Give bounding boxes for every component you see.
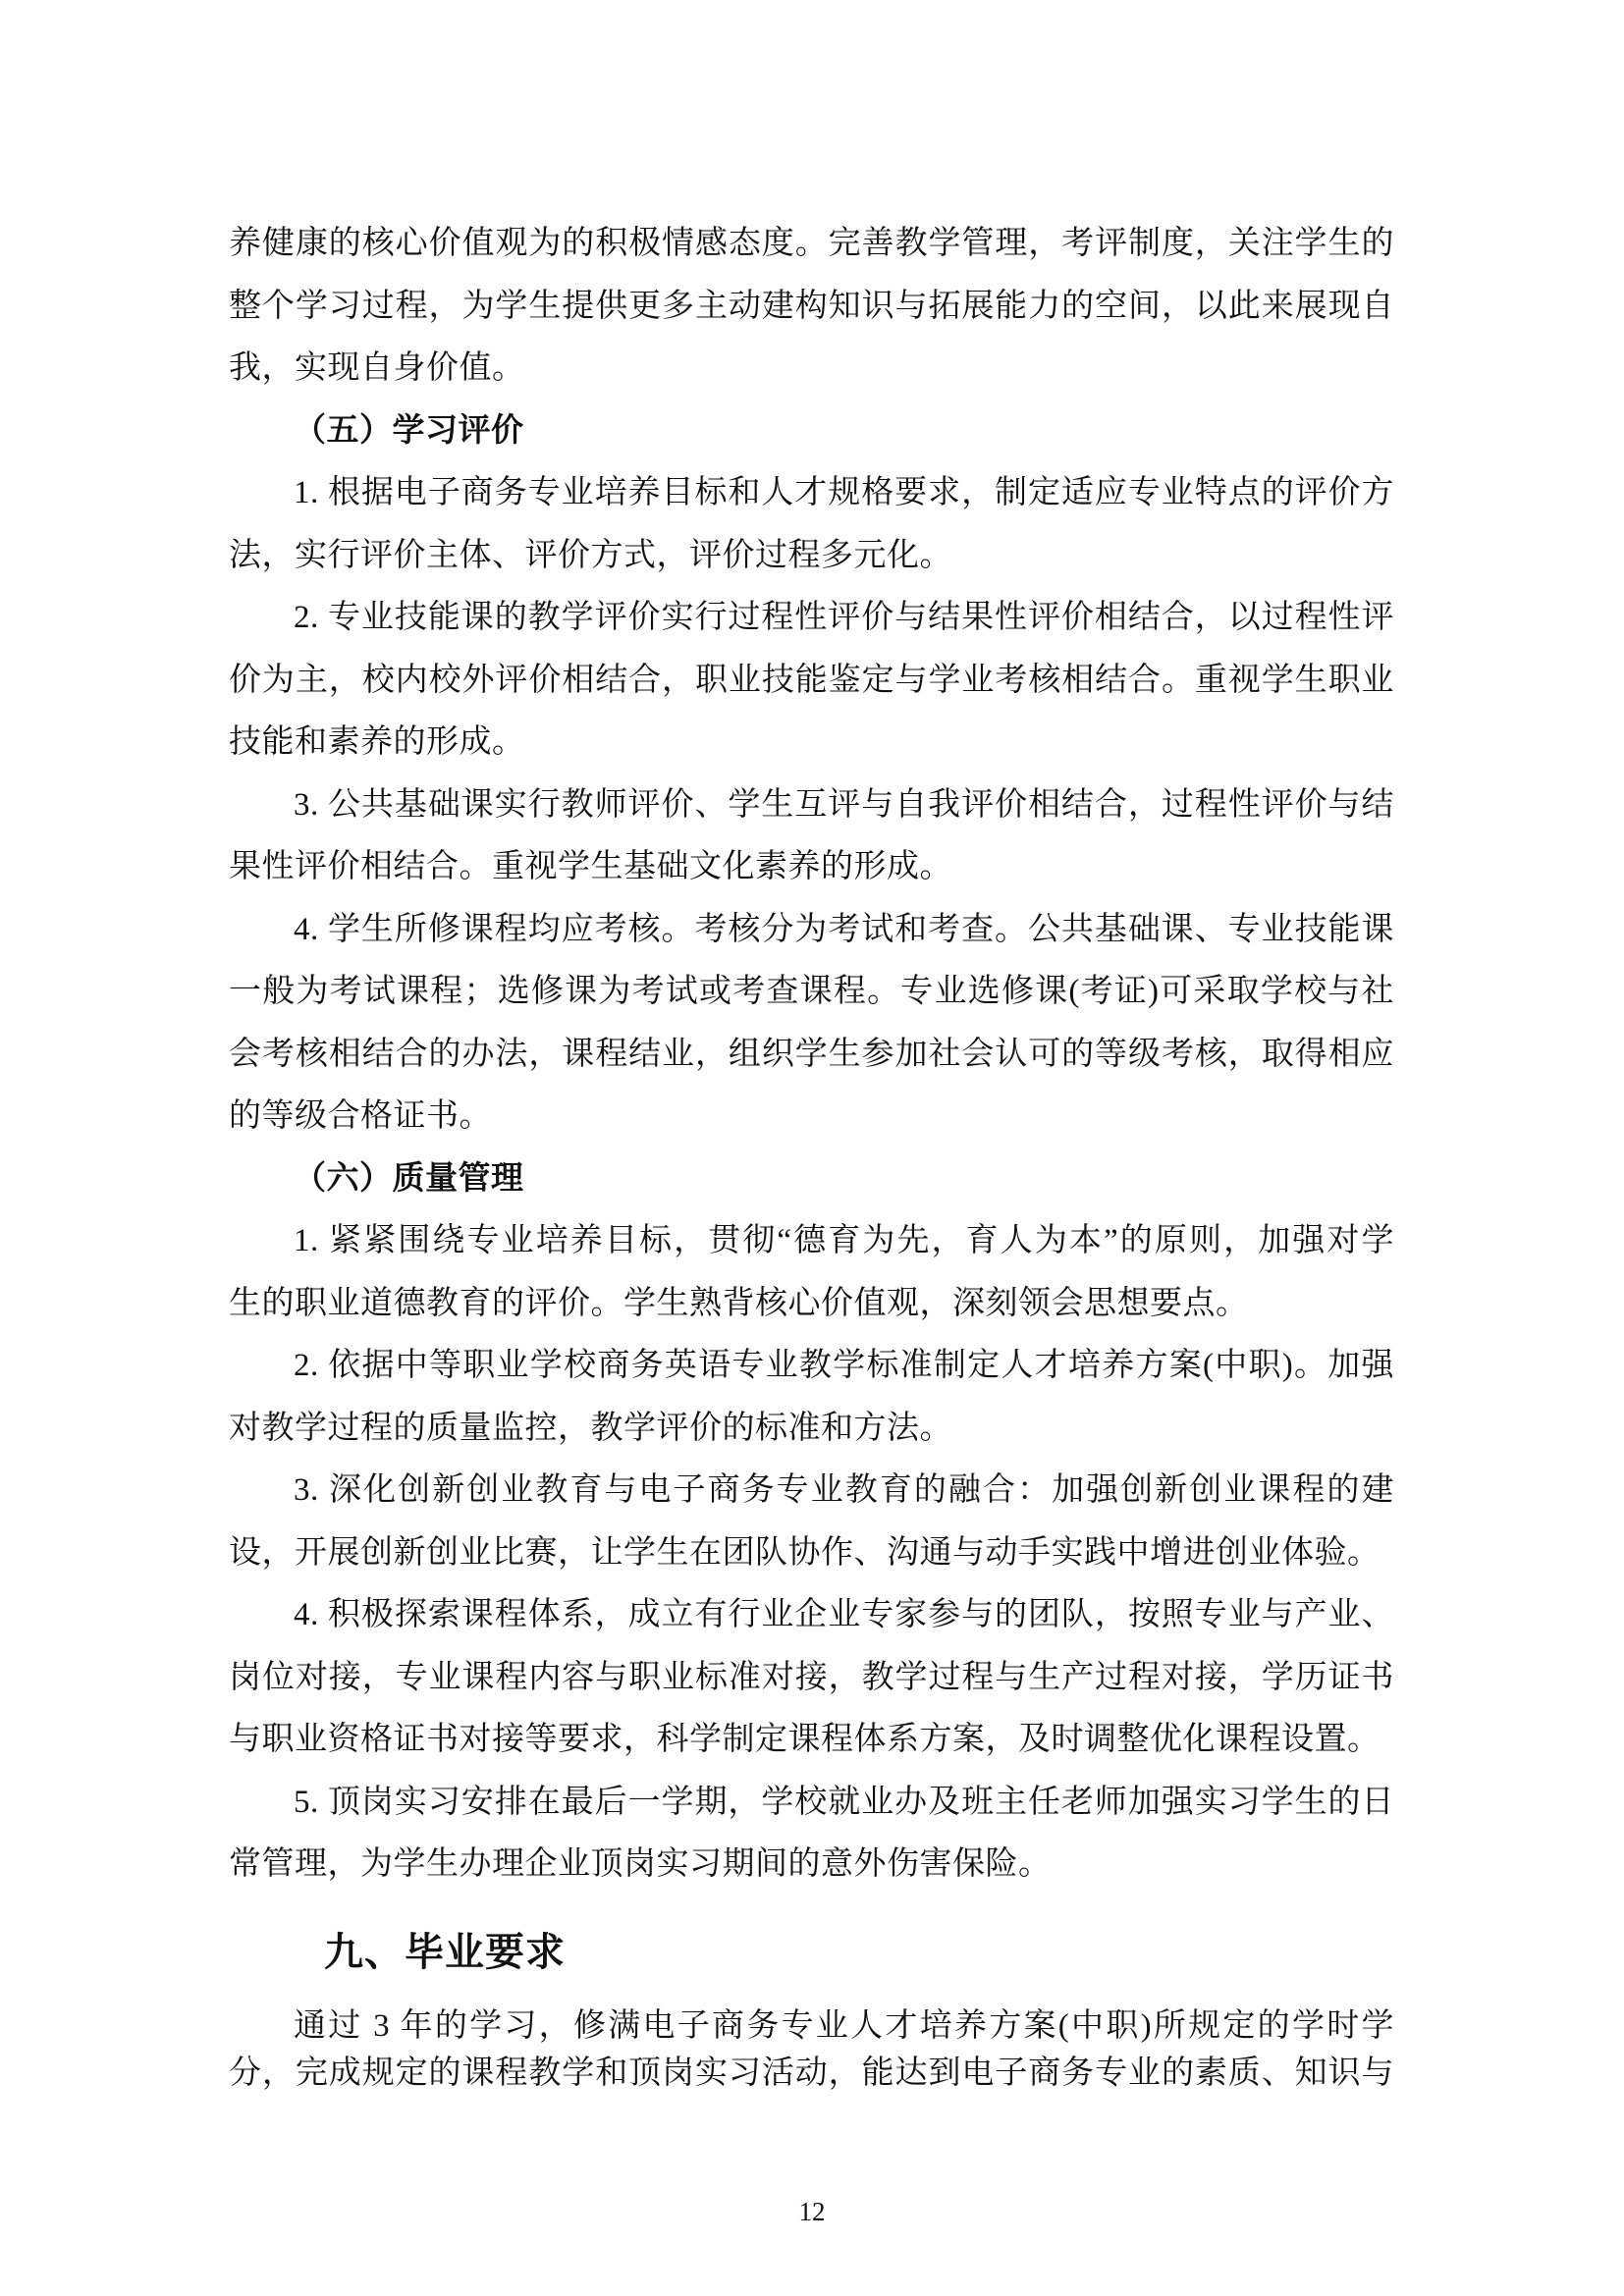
text-line: 3. 公共基础课实行教师评价、学生互评与自我评价相结合，过程性评价与结 <box>229 774 1394 837</box>
text-line: 一般为考试课程；选修课为考试或考查课程。专业选修课(考证)可采取学校与社 <box>229 961 1394 1024</box>
text-line: 与职业资格证书对接等要求，科学制定课程体系方案，及时调整优化课程设置。 <box>229 1709 1394 1772</box>
text-line: 通过 3 年的学习，修满电子商务专业人才培养方案(中职)所规定的学时学 <box>229 2002 1394 2050</box>
text-line: 岗位对接，专业课程内容与职业标准对接，教学过程与生产过程对接，学历证书 <box>229 1647 1394 1710</box>
text-line: 对教学过程的质量监控，教学评价的标准和方法。 <box>229 1398 1394 1461</box>
page-number: 12 <box>0 2197 1624 2227</box>
text-line: 我，实现自身价值。 <box>229 338 1394 400</box>
text-line: 分，完成规定的课程教学和顶岗实习活动，能达到电子商务专业的素质、知识与 <box>229 2050 1394 2097</box>
text-line: 1. 根据电子商务专业培养目标和人才规格要求，制定适应专业特点的评价方 <box>229 462 1394 525</box>
text-line: 生的职业道德教育的评价。学生熟背核心价值观，深刻领会思想要点。 <box>229 1273 1394 1336</box>
document-text: 养健康的核心价值观为的积极情感态度。完善教学管理，考评制度，关注学生的 整个学习… <box>229 213 1394 2097</box>
text-line: 1. 紧紧围绕专业培养目标，贯彻“德育为先，育人为本”的原则，加强对学 <box>229 1210 1394 1273</box>
text-line: 4. 积极探索课程体系，成立有行业企业专家参与的团队，按照专业与产业、 <box>229 1584 1394 1647</box>
text-line: 养健康的核心价值观为的积极情感态度。完善教学管理，考评制度，关注学生的 <box>229 213 1394 276</box>
text-line: 2. 专业技能课的教学评价实行过程性评价与结果性评价相结合，以过程性评 <box>229 587 1394 650</box>
text-line: 的等级合格证书。 <box>229 1086 1394 1148</box>
text-line: 价为主，校内校外评价相结合，职业技能鉴定与学业考核相结合。重视学生职业 <box>229 650 1394 713</box>
section-heading-6: （六）质量管理 <box>229 1148 1394 1211</box>
text-line: 2. 依据中等职业学校商务英语专业教学标准制定人才培养方案(中职)。加强 <box>229 1335 1394 1398</box>
text-line: 设，开展创新创业比赛，让学生在团队协作、沟通与动手实践中增进创业体验。 <box>229 1522 1394 1585</box>
chapter-heading-9: 九、毕业要求 <box>229 1912 1394 1993</box>
text-line: 会考核相结合的办法，课程结业，组织学生参加社会认可的等级考核，取得相应 <box>229 1024 1394 1087</box>
page: 养健康的核心价值观为的积极情感态度。完善教学管理，考评制度，关注学生的 整个学习… <box>0 0 1624 2296</box>
text-line: 技能和素养的形成。 <box>229 712 1394 774</box>
text-line: 5. 顶岗实习安排在最后一学期，学校就业办及班主任老师加强实习学生的日 <box>229 1772 1394 1835</box>
text-line: 法，实行评价主体、评价方式，评价过程多元化。 <box>229 525 1394 588</box>
text-line: 常管理，为学生办理企业顶岗实习期间的意外伤害保险。 <box>229 1834 1394 1896</box>
text-line: 3. 深化创新创业教育与电子商务专业教育的融合：加强创新创业课程的建 <box>229 1460 1394 1522</box>
text-line: 果性评价相结合。重视学生基础文化素养的形成。 <box>229 836 1394 899</box>
text-line: 4. 学生所修课程均应考核。考核分为考试和考查。公共基础课、专业技能课 <box>229 899 1394 962</box>
text-line: 整个学习过程，为学生提供更多主动建构知识与拓展能力的空间，以此来展现自 <box>229 276 1394 339</box>
section-heading-5: （五）学习评价 <box>229 400 1394 463</box>
